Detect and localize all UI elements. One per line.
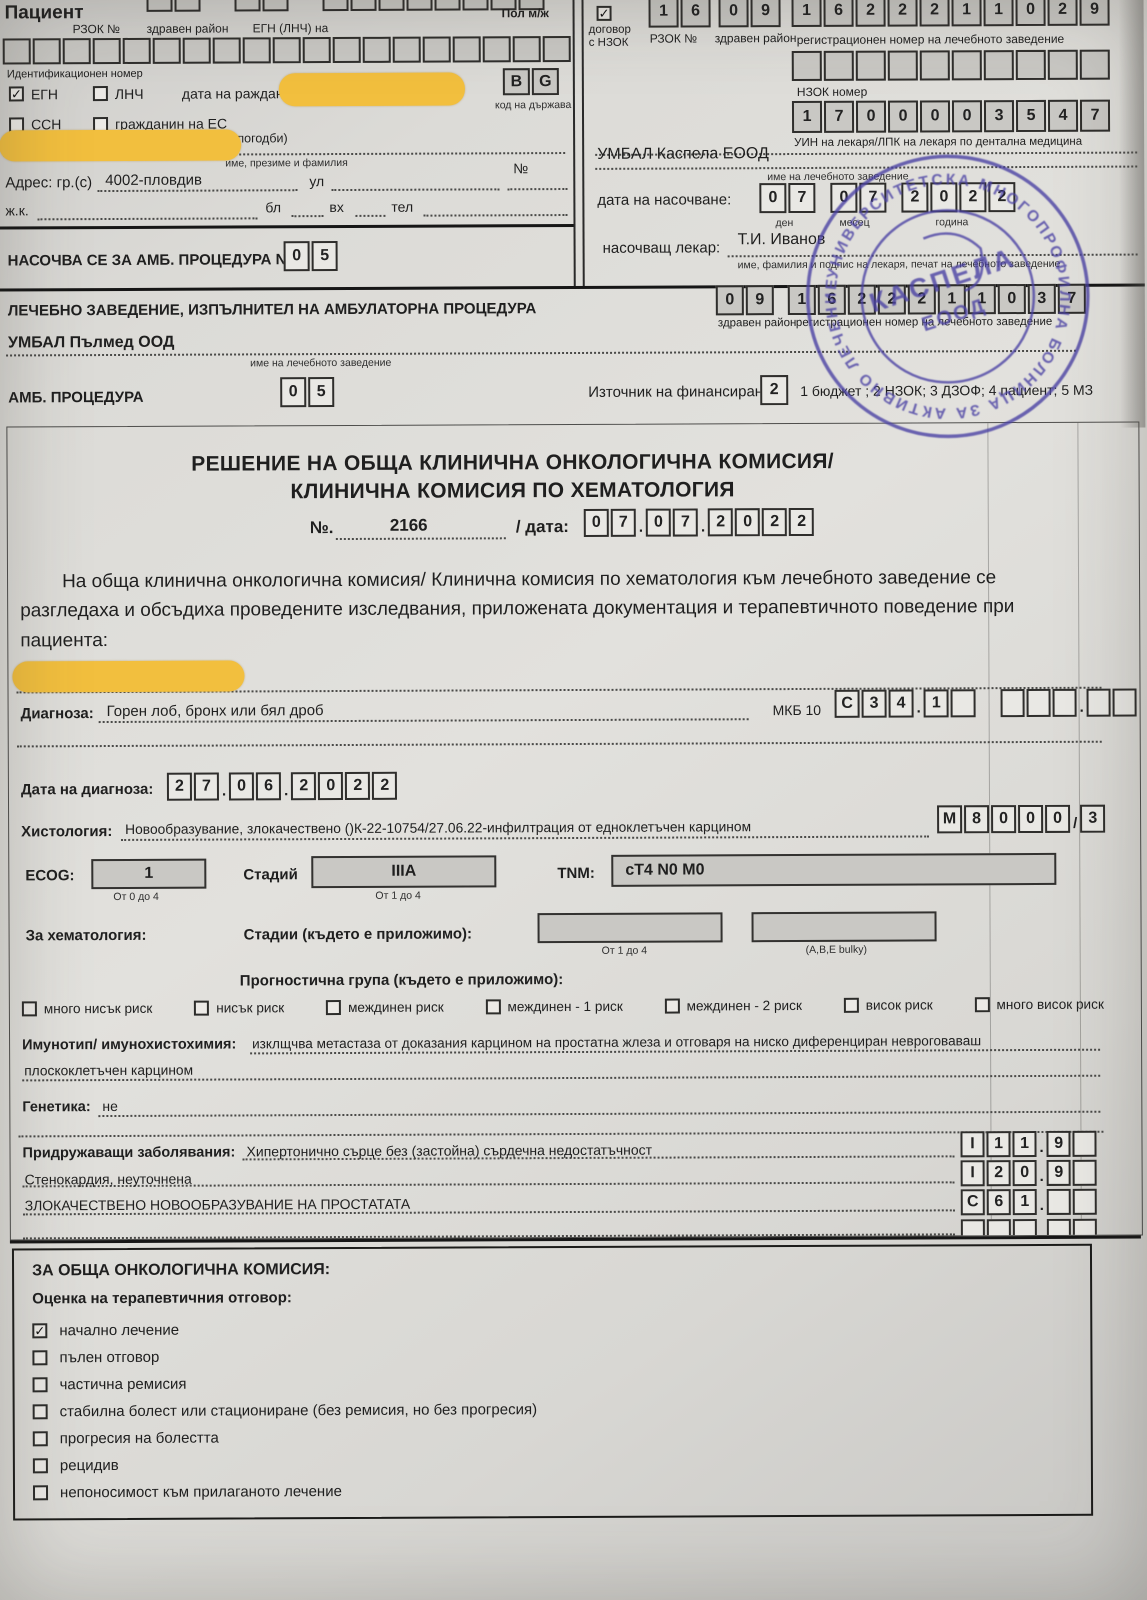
form-cell: 9	[750, 0, 780, 27]
option-item: висок риск	[844, 997, 933, 1012]
commission-subtitle: Оценка на терапевтичния отговор:	[32, 1289, 292, 1307]
form-cell: 0	[920, 100, 950, 132]
form-cell: 0	[716, 285, 744, 315]
sex-label: Пол м/ж	[502, 6, 549, 20]
form-cell	[1048, 50, 1078, 80]
uin-boxes: 1700003547	[792, 100, 1110, 133]
form-cell: I	[961, 1160, 985, 1186]
risk-options-row: много нисък рискнисък рискмеждинен рискм…	[22, 997, 1104, 1017]
form-cell: 1	[1012, 1131, 1036, 1157]
hema-stage-caption-2: (А,В,Е bulky)	[806, 944, 867, 956]
form-cell: 2	[291, 772, 316, 800]
tnm-label: TNM:	[557, 865, 595, 882]
referring-doctor-label: насочващ лекар:	[603, 239, 721, 257]
form-cell	[453, 36, 481, 62]
option-label: рецидив	[60, 1457, 119, 1474]
option-label: стабилна болест или стациониране (без ре…	[60, 1401, 537, 1420]
form-cell: 0	[284, 241, 310, 271]
checkbox-unchecked	[194, 1001, 209, 1016]
option-item: стабилна болест или стациониране (без ре…	[33, 1401, 537, 1420]
form-cell: 2	[760, 375, 788, 405]
form-cell	[1027, 689, 1051, 717]
form-cell: 6	[987, 1189, 1011, 1215]
region-caption: здравен район	[715, 31, 797, 45]
birth-date-label: дата на раждане	[182, 85, 291, 101]
option-item: частична ремисия	[33, 1374, 537, 1393]
option-item: прогресия на болестта	[33, 1428, 537, 1447]
amb-procedure-label: АМБ. ПРОЦЕДУРА	[8, 389, 143, 407]
form-cell	[1053, 689, 1077, 717]
form-cell: B	[503, 68, 530, 95]
form-cell	[434, 0, 460, 11]
form-cell: G	[532, 68, 559, 95]
option-item: непоносимост към прилаганото лечение	[33, 1482, 537, 1501]
funding-value-box: 2	[760, 375, 788, 405]
decision-title-1: РЕШЕНИЕ НА ОБЩА КЛИНИЧНА ОНКОЛОГИЧНА КОМ…	[7, 449, 1017, 477]
performer-title: ЛЕЧЕБНО ЗАВЕДЕНИЕ, ИЗПЪЛНИТЕЛ НА АМБУЛАТ…	[8, 300, 536, 319]
form-cell	[513, 36, 541, 62]
form-cell	[183, 38, 211, 64]
form-cell	[1113, 689, 1137, 717]
tel-label: тел	[391, 199, 413, 215]
commission-title: ЗА ОБЩА ОНКОЛОГИЧНА КОМИСИЯ:	[32, 1261, 330, 1280]
option-item: рецидив	[33, 1455, 537, 1474]
form-cell: 5	[1016, 100, 1046, 132]
form-cell: 5	[308, 377, 334, 407]
form-cell: 6	[680, 0, 710, 28]
ecog-label: ECOG:	[25, 867, 74, 884]
stamp-center-type: ЕООД	[919, 295, 989, 337]
checkbox-egn-checked	[9, 86, 24, 101]
hema-stage-caption-1: От 1 до 4	[602, 945, 647, 957]
form-cell: 2	[372, 772, 397, 800]
genetics-value: не	[102, 1098, 118, 1114]
form-cell	[423, 37, 451, 63]
checkbox-unchecked	[33, 1485, 48, 1500]
checkbox-unchecked	[33, 1458, 48, 1473]
ecog-value-box: 1	[91, 859, 206, 890]
form-cell: 3	[1080, 805, 1105, 833]
form-cell: 0	[718, 0, 748, 27]
form-cell: 7	[673, 508, 698, 536]
form-cell: 2	[167, 773, 192, 801]
form-cell: 2	[987, 1160, 1011, 1186]
form-cell	[262, 0, 288, 11]
nzok-number-boxes-empty	[792, 50, 1110, 81]
address-value: 4002-пловдив	[105, 172, 202, 189]
form-cell: 1	[986, 1131, 1010, 1157]
option-item: междинен - 1 риск	[485, 999, 622, 1015]
form-cell: C	[835, 690, 860, 718]
form-cell: 0	[229, 772, 254, 800]
prognostic-group-label: Прогностична група (където е приложимо):	[240, 971, 564, 989]
form-cell: 6	[256, 772, 281, 800]
diagnosis-label: Диагноза:	[21, 705, 94, 722]
contract-label-1: договор	[589, 24, 631, 36]
rzok-label: РЗОК №	[73, 22, 120, 36]
contract-label-2: с НЗОК	[589, 37, 629, 49]
form-cell: М	[937, 805, 962, 833]
form-cell: 0	[1045, 805, 1070, 833]
option-item: начално лечение	[32, 1320, 536, 1339]
form-cell: 0	[952, 100, 982, 132]
form-cell	[483, 36, 511, 62]
form-cell	[824, 51, 854, 81]
performer-facility-caption: име на лечебното заведение	[250, 357, 391, 370]
form-cell	[920, 50, 950, 80]
form-cell	[123, 38, 151, 64]
checkbox-unchecked	[485, 999, 500, 1014]
form-cell: 7	[611, 509, 636, 537]
patient-section-label: Пациент	[5, 2, 84, 24]
scan-edge-shadow	[1119, 0, 1146, 428]
checkbox-unchecked	[33, 1377, 48, 1392]
checkbox-unchecked	[974, 997, 989, 1012]
decision-no-label: №.	[310, 518, 334, 538]
form-cell: 0	[646, 509, 671, 537]
mkb10-boxes: C34.1	[835, 689, 976, 718]
form-cell	[234, 0, 260, 11]
form-cell	[153, 38, 181, 64]
vh-label: вх	[329, 199, 344, 215]
mkb10-label: МКБ 10	[773, 702, 822, 718]
decision-date-label: / дата:	[516, 517, 569, 537]
form-cell: 7	[824, 101, 854, 133]
redaction-birthdate	[279, 72, 465, 106]
comorbidity-code-1: I11.9	[960, 1131, 1096, 1158]
form-cell	[1073, 1189, 1097, 1215]
commission-box: ЗА ОБЩА ОНКОЛОГИЧНА КОМИСИЯ: Оценка на т…	[12, 1244, 1093, 1521]
option-label: междинен риск	[348, 1000, 444, 1015]
country-code-caption: код на държава	[495, 99, 571, 111]
form-cell	[1047, 1189, 1071, 1215]
cropped-boxes-1	[146, 0, 200, 12]
checkbox-checked	[32, 1323, 47, 1338]
form-cell	[273, 37, 301, 63]
checkbox-unchecked	[22, 1001, 37, 1016]
form-cell: 0	[584, 509, 609, 537]
form-cell: 0	[856, 101, 886, 133]
checkbox-unchecked	[32, 1350, 47, 1365]
immunotype-value-2: плоскоклетъчен карцином	[24, 1063, 193, 1079]
hospital-round-stamp: УНИВЕРСИТЕТСКА МНОГОПРОФИЛНА БОЛНИЦА ЗА …	[797, 146, 1098, 447]
histology-value: Новообразувание, злокачествено ()К-22-10…	[125, 819, 751, 837]
genetics-label: Генетика:	[22, 1099, 90, 1115]
form-cell: 0	[759, 183, 786, 213]
form-cell: 9	[1079, 0, 1109, 26]
form-cell	[1087, 689, 1111, 717]
stage-value-box: IIIA	[311, 855, 496, 888]
stamp-outer-ring	[797, 146, 1098, 447]
form-cell	[174, 0, 200, 12]
form-cell: I	[960, 1131, 984, 1157]
option-label: пълен отговор	[59, 1349, 159, 1366]
checkbox-lnch-label: ЛНЧ	[115, 86, 144, 102]
morphology-boxes: М8000/3	[937, 805, 1105, 834]
form-cell	[3, 38, 31, 64]
divider-patient-bottom	[0, 224, 575, 230]
amb-procedure-boxes: 05	[280, 377, 334, 407]
jk-label: ж.к.	[5, 202, 28, 218]
form-cell: 0	[1013, 1160, 1037, 1186]
form-cell: 0	[280, 377, 306, 407]
option-label: междинен - 2 риск	[687, 998, 802, 1014]
assessment-options: начално лечениепълен отговорчастична рем…	[32, 1320, 537, 1501]
day-caption: ден	[775, 217, 793, 229]
option-label: прогресия на болестта	[60, 1430, 219, 1448]
comorbidity-code-2: I20.9	[961, 1160, 1097, 1187]
form-cell: 5	[312, 241, 338, 271]
form-cell	[543, 36, 571, 62]
hema-stage-box-1	[537, 912, 722, 943]
checkbox-unchecked	[844, 998, 859, 1013]
form-cell: 2	[919, 0, 949, 26]
column-divider	[573, 0, 585, 288]
form-cell	[393, 37, 421, 63]
form-cell	[856, 51, 886, 81]
form-cell	[303, 37, 331, 63]
paper-sheet: Пациент РЗОК № здравен район ЕГН (ЛНЧ) н…	[0, 0, 1147, 1600]
form-cell: 3	[984, 100, 1014, 132]
form-cell: 2	[1047, 0, 1077, 26]
form-cell: C	[961, 1189, 985, 1215]
country-code-boxes: BG	[503, 68, 559, 95]
rzok-caption: РЗОК №	[650, 31, 697, 45]
form-cell	[1001, 689, 1025, 717]
checkbox-nzok-contract-checked	[597, 6, 612, 21]
hematology-label: За хематология:	[26, 927, 147, 945]
form-cell	[792, 51, 822, 81]
referral-date-label: дата на насочване:	[597, 191, 731, 209]
stage-caption: От 1 до 4	[375, 890, 420, 902]
checkbox-lnch	[93, 86, 108, 101]
option-label: начално лечение	[59, 1322, 179, 1340]
form-cell: 2	[887, 0, 917, 27]
form-cell	[243, 37, 271, 63]
option-item: пълен отговор	[32, 1347, 536, 1366]
form-cell	[378, 0, 404, 11]
form-cell	[33, 38, 61, 64]
stage-label: Стадий	[243, 866, 298, 883]
form-cell: 1	[924, 689, 949, 717]
performer-region-boxes: 09	[716, 285, 774, 315]
form-cell: 2	[762, 508, 787, 536]
decision-title-2: КЛИНИЧНА КОМИСИЯ ПО ХЕМАТОЛОГИЯ	[8, 477, 1018, 505]
form-cell	[146, 0, 172, 12]
hema-stage-box-2	[751, 911, 936, 942]
form-cell	[888, 50, 918, 80]
decision-intro: На обща клинична онкологична комисия/ Кл…	[20, 563, 1100, 656]
region-value-boxes: 09	[718, 0, 780, 27]
form-cell: 1	[983, 0, 1013, 26]
diagnosis-value: Горен лоб, бронх или бял дроб	[107, 702, 324, 720]
checkbox-unchecked	[326, 1000, 341, 1015]
reg-number-caption: регистрационен номер на лечебното заведе…	[797, 32, 1065, 47]
form-cell: 4	[1048, 100, 1078, 132]
form-cell	[363, 37, 391, 63]
option-label: висок риск	[866, 997, 933, 1012]
performer-region-caption: здравен район	[718, 317, 796, 329]
form-cell	[63, 38, 91, 64]
option-label: междинен - 1 риск	[507, 999, 622, 1015]
form-cell	[1073, 1160, 1097, 1186]
checkbox-unchecked	[33, 1404, 48, 1419]
form-cell: 0	[1015, 0, 1045, 26]
cropped-boxes-2	[234, 0, 288, 11]
stages-where-applicable-label: Стадии (където е приложимо):	[244, 925, 472, 943]
id-number-label: Идентификационен номер	[7, 68, 143, 81]
form-cell	[951, 689, 976, 717]
form-cell	[406, 0, 432, 11]
nzok-number-caption: НЗОК номер	[797, 85, 867, 99]
form-cell: 0	[888, 100, 918, 132]
form-cell	[93, 38, 121, 64]
reg-number-boxes: 1622211029	[791, 0, 1109, 27]
egn-grid	[3, 36, 571, 64]
form-cell	[1016, 50, 1046, 80]
form-cell: 9	[1047, 1131, 1071, 1157]
form-cell: 9	[1047, 1160, 1071, 1186]
referral-procedure-boxes: 05	[284, 241, 338, 271]
form-cell: 7	[194, 773, 219, 801]
form-cell: 2	[855, 0, 885, 27]
funding-label: Източник на финансиране:	[588, 383, 775, 401]
form-cell: 0	[1018, 805, 1043, 833]
checkbox-unchecked	[665, 999, 680, 1014]
option-label: частична ремисия	[60, 1376, 187, 1394]
tnm-value-box: cT4 N0 M0	[611, 853, 1056, 887]
referral-procedure-label: НАСОЧВА СЕ ЗА АМБ. ПРОЦЕДУРА No.	[8, 251, 300, 269]
histology-label: Хистология:	[21, 823, 112, 840]
scanned-medical-form: Пациент РЗОК № здравен район ЕГН (ЛНЧ) н…	[0, 0, 1147, 1600]
decision-box: РЕШЕНИЕ НА ОБЩА КЛИНИЧНА ОНКОЛОГИЧНА КОМ…	[6, 422, 1143, 1241]
rzok-value-boxes: 16	[648, 0, 710, 28]
form-cell: 0	[735, 508, 760, 536]
option-label: нисък риск	[216, 1000, 284, 1015]
comorbidity-code-3: C61.	[961, 1189, 1097, 1216]
checkbox-egn-label: ЕГН	[31, 86, 58, 102]
form-cell	[333, 37, 361, 63]
ecog-caption: От 0 до 4	[113, 891, 158, 903]
decision-no-value: 2166	[390, 516, 428, 536]
form-cell: 2	[708, 508, 733, 536]
option-item: много висок риск	[974, 997, 1103, 1013]
form-cell	[213, 37, 241, 63]
form-cell: 4	[889, 690, 914, 718]
form-cell: 3	[862, 690, 887, 718]
option-item: много нисък риск	[22, 1001, 153, 1017]
form-cell: 2	[789, 508, 814, 536]
region-label: здравен район	[147, 21, 229, 35]
option-label: непоносимост към прилаганото лечение	[60, 1483, 342, 1501]
option-item: междинен риск	[326, 1000, 444, 1016]
form-cell: 1	[1013, 1189, 1037, 1215]
form-cell	[952, 50, 982, 80]
form-cell: 8	[964, 805, 989, 833]
form-cell: 9	[746, 285, 774, 315]
option-label: много нисък риск	[44, 1001, 153, 1016]
form-cell	[322, 0, 348, 11]
form-cell: 1	[792, 101, 822, 133]
option-item: нисък риск	[194, 1000, 284, 1015]
diagnosis-date-label: Дата на диагноза:	[21, 781, 153, 799]
form-cell	[984, 50, 1014, 80]
form-cell: 2	[345, 772, 370, 800]
mkb10-boxes-2: .	[1001, 689, 1137, 718]
form-cell	[350, 0, 376, 11]
option-item: междинен - 2 риск	[665, 998, 802, 1014]
form-cell	[1080, 50, 1110, 80]
form-cell: 7	[1080, 100, 1110, 132]
diagnosis-date-boxes: 27.06.2022	[167, 772, 397, 801]
form-cell: 1	[951, 0, 981, 26]
decision-date-boxes: 07.07.2022	[584, 508, 814, 537]
checkbox-unchecked	[33, 1431, 48, 1446]
bl-label: бл	[265, 199, 281, 215]
form-cell: 1	[648, 0, 678, 28]
form-cell	[462, 0, 488, 10]
form-cell: 1	[791, 0, 821, 27]
option-label: много висок риск	[996, 997, 1103, 1012]
form-cell	[1073, 1131, 1097, 1157]
form-cell: 0	[318, 772, 343, 800]
form-cell: 6	[823, 0, 853, 27]
form-cell: 0	[991, 805, 1016, 833]
egn-label: ЕГН (ЛНЧ) на	[253, 21, 329, 35]
